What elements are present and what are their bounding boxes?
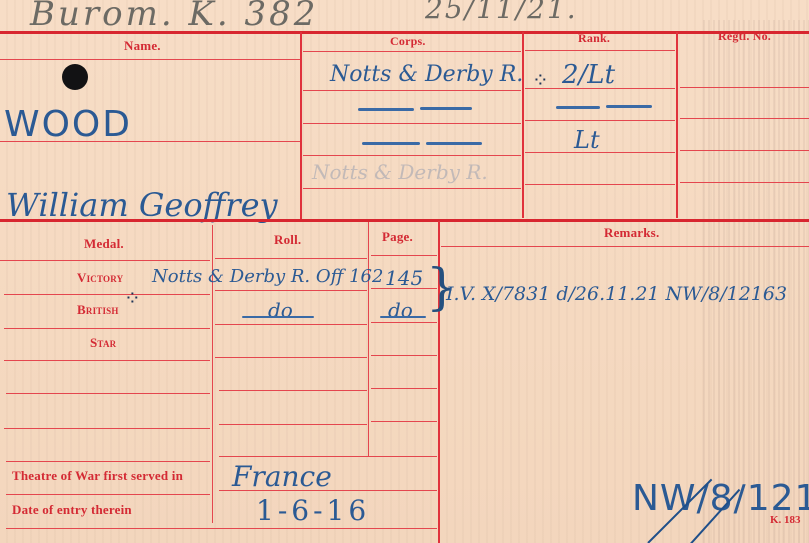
divider-rank-regtl — [676, 32, 678, 218]
roll-british-value: do — [268, 298, 293, 322]
medal-header-rule — [0, 260, 210, 261]
surname-rule — [0, 141, 300, 142]
page-victory-value: 145 — [385, 266, 423, 290]
corps-ditto-dash-1 — [358, 108, 414, 111]
divider-roll-page — [368, 222, 369, 456]
corps-row-rule-4 — [303, 188, 521, 189]
rank-row-rule-4 — [525, 184, 675, 185]
rank-second-value: Lt — [574, 126, 600, 154]
theatre-top-rule — [6, 461, 210, 462]
entry-date-label: Date of entry therein — [12, 502, 132, 518]
roll-victory-value: Notts & Derby R. Off 162 — [152, 266, 383, 287]
rank-row-rule-3 — [525, 152, 675, 153]
roll-row-rule-4 — [219, 390, 367, 391]
footer-reference: NW/8/12163 — [632, 478, 809, 519]
corps-row-rule-3 — [303, 155, 521, 156]
page-header-rule — [371, 255, 437, 256]
remarks-column-header: Remarks. — [604, 225, 659, 241]
surname: WOOD — [4, 104, 132, 145]
corps-row-rule-2 — [303, 123, 521, 124]
roll-row-rule-1 — [215, 290, 367, 291]
medal-row-rule-5 — [4, 428, 210, 429]
rank-row-rule-2 — [525, 120, 675, 121]
header-reference: Burom. K. 382 — [30, 0, 318, 34]
regtl-row-rule-1 — [680, 87, 809, 88]
medal-column-header: Medal. — [84, 236, 124, 252]
theatre-value-top-rule — [219, 456, 437, 457]
name-column-header: Name. — [124, 38, 161, 54]
medal-british-label: British — [77, 302, 119, 318]
medal-index-card: Burom. K. 382 25/11/21. Name. Corps. Ran… — [0, 0, 809, 543]
page-row-rule-3 — [371, 355, 437, 356]
remarks-header-rule — [441, 246, 809, 247]
theatre-value: France — [232, 460, 332, 493]
punch-hole — [62, 64, 88, 90]
regtl-row-rule-2 — [680, 118, 809, 119]
rank-ditto-dash-b — [606, 105, 652, 108]
roll-british-ditto-line — [242, 316, 314, 318]
page-row-rule-2 — [371, 322, 437, 323]
paper-texture — [700, 20, 809, 543]
medal-victory-label: Victory — [77, 270, 123, 286]
rank-header-rule — [525, 50, 675, 51]
corps-row-rule-1 — [303, 90, 521, 91]
divider-name-corps — [300, 32, 302, 220]
corps-ditto-dash-1b — [420, 107, 472, 110]
roll-row-rule-5 — [219, 424, 367, 425]
roll-row-rule-3 — [215, 357, 367, 358]
form-number: K. 183 — [770, 514, 801, 526]
regtl-row-rule-4 — [680, 182, 809, 183]
page-british-ditto-line — [380, 316, 426, 318]
rank-value: 2/Lt — [562, 60, 615, 90]
page-row-rule-4 — [371, 388, 437, 389]
page-british-value: do — [388, 298, 413, 322]
roll-column-header: Roll. — [274, 232, 301, 248]
theatre-bottom-rule — [6, 494, 210, 495]
rank-ditto-dash-a — [556, 106, 600, 109]
corps-ditto-dash-2b — [426, 142, 482, 145]
medal-row-rule-4 — [6, 393, 210, 394]
medal-marker-asterisk: ⁘ — [124, 286, 141, 310]
name-header-rule — [0, 59, 300, 60]
corps-ditto-dash-2 — [362, 142, 420, 145]
rank-column-header: Rank. — [578, 31, 610, 46]
roll-row-rule-2 — [215, 324, 367, 325]
corps-faded-offset: Notts & Derby R. — [312, 160, 488, 184]
medal-row-rule-2 — [4, 328, 210, 329]
page-row-rule-5 — [371, 421, 437, 422]
divider-corps-rank — [522, 32, 524, 218]
corps-column-header: Corps. — [390, 34, 426, 49]
roll-header-rule — [215, 258, 367, 259]
corps-value: Notts & Derby R. — [330, 62, 523, 87]
date-bottom-rule — [6, 528, 437, 529]
rank-marker-asterisk: ⁘ — [532, 68, 549, 92]
remarks-value: I.V. X/7831 d/26.11.21 NW/8/12163 — [446, 283, 787, 305]
regtl-no-column-header: Regtl. No. — [718, 29, 771, 44]
corps-header-rule — [303, 51, 521, 52]
section-divider — [0, 219, 809, 222]
theatre-label: Theatre of War first served in — [12, 468, 183, 484]
medal-row-rule-3 — [4, 360, 210, 361]
entry-date-value: 1-6-16 — [256, 494, 370, 527]
regtl-row-rule-3 — [680, 150, 809, 151]
medal-star-label: Star — [90, 335, 116, 351]
header-date: 25/11/21. — [425, 0, 578, 25]
medal-row-rule-1 — [4, 294, 210, 295]
page-column-header: Page. — [382, 229, 413, 245]
